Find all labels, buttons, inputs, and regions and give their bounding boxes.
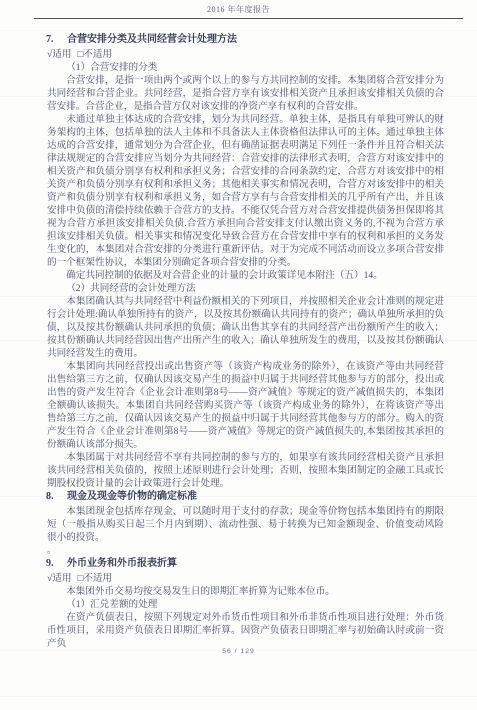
section-7-number: 7. (46, 33, 67, 47)
paragraph: 本集团现金包括库存现金、可以随时用于支付的存款；现金等价物包括本集团持有的期限短… (47, 505, 444, 544)
subheading: （1）合营安排的分类 (47, 61, 444, 74)
page-header: 2016 年年度报告 (0, 0, 477, 19)
section-9: 9.外币业务和外币报表折算 √适用□不适用 本集团外币交易均按交易发生日的即期汇… (47, 557, 444, 650)
section-9-number: 9. (46, 557, 67, 571)
paragraph: 合营安排，是指一项由两个或两个以上的参与方共同控制的安排。本集团将合营安排分为共… (47, 74, 444, 113)
section-8-heading: 8.现金及现金等价物的确定标准 (46, 490, 444, 504)
not-applicable-label: 不适用 (83, 49, 112, 60)
section-7: 7.合营安排分类及共同经营会计处理方法 √适用□不适用 （1）合营安排的分类 合… (47, 33, 444, 490)
section-8-body: 本集团现金包括库存现金、可以随时用于支付的存款；现金等价物包括本集团持有的期限短… (47, 505, 444, 557)
subheading: （1）汇兑差额的处理 (47, 598, 444, 611)
section-9-body: 本集团外币交易均按交易发生日的即期汇率折算为记账本位币。 （1）汇兑差额的处理 … (47, 585, 444, 650)
paragraph: 确定共同控制的依据及对合营企业的计量的会计政策详见本附注（五）14。 (47, 269, 444, 282)
applicable-label: 适用 (52, 573, 71, 584)
paragraph: 本集团属于对共同经营不享有共同控制的参与方的，如果享有该共同经营相关资产且承担该… (47, 451, 444, 490)
paragraph: 未通过单独主体达成的合营安排，划分为共同经营。单独主体，是指具有单独可辨认的财务… (47, 113, 444, 269)
header-divider (34, 18, 463, 19)
page-number: 56 / 129 (0, 648, 477, 655)
section-9-applicability-row: √适用□不适用 (47, 572, 444, 585)
paragraph: 在资产负债表日，按照下列规定对外币货币性项目和外币非货币性项目进行处理：外币货币… (47, 611, 444, 650)
page-body: 7.合营安排分类及共同经营会计处理方法 √适用□不适用 （1）合营安排的分类 合… (47, 33, 444, 650)
paragraph: 本集团向共同经营投出或出售资产等（该资产构成业务的除外），在该资产等由共同经营出… (47, 360, 444, 451)
section-8: 8.现金及现金等价物的确定标准 本集团现金包括库存现金、可以随时用于支付的存款；… (47, 490, 444, 557)
applicable-label: 适用 (52, 49, 71, 60)
section-7-heading: 7.合营安排分类及共同经营会计处理方法 (46, 33, 444, 47)
section-7-body: （1）合营安排的分类 合营安排，是指一项由两个或两个以上的参与方共同控制的安排。… (47, 61, 444, 490)
section-8-number: 8. (46, 490, 67, 504)
section-9-heading: 9.外币业务和外币报表折算 (46, 557, 444, 571)
not-applicable-label: 不适用 (83, 573, 112, 584)
report-header-title: 2016 年年度报告 (0, 4, 477, 15)
section-8-title: 现金及现金等价物的确定标准 (67, 491, 197, 502)
section-7-title: 合营安排分类及共同经营会计处理方法 (67, 34, 237, 45)
stray-punctuation: 。 (47, 544, 444, 557)
paragraph: 本集团外币交易均按交易发生日的即期汇率折算为记账本位币。 (47, 585, 444, 598)
section-7-applicability-row: √适用□不适用 (47, 48, 444, 61)
subheading: （2）共同经营的会计处理方法 (47, 282, 444, 295)
paragraph: 本集团确认其与共同经营中利益份额相关的下列项目，并按照相关企业会计准则的规定进行… (47, 295, 444, 360)
document-page: 2016 年年度报告 7.合营安排分类及共同经营会计处理方法 √适用□不适用 （… (0, 0, 477, 710)
section-9-title: 外币业务和外币报表折算 (67, 558, 177, 569)
